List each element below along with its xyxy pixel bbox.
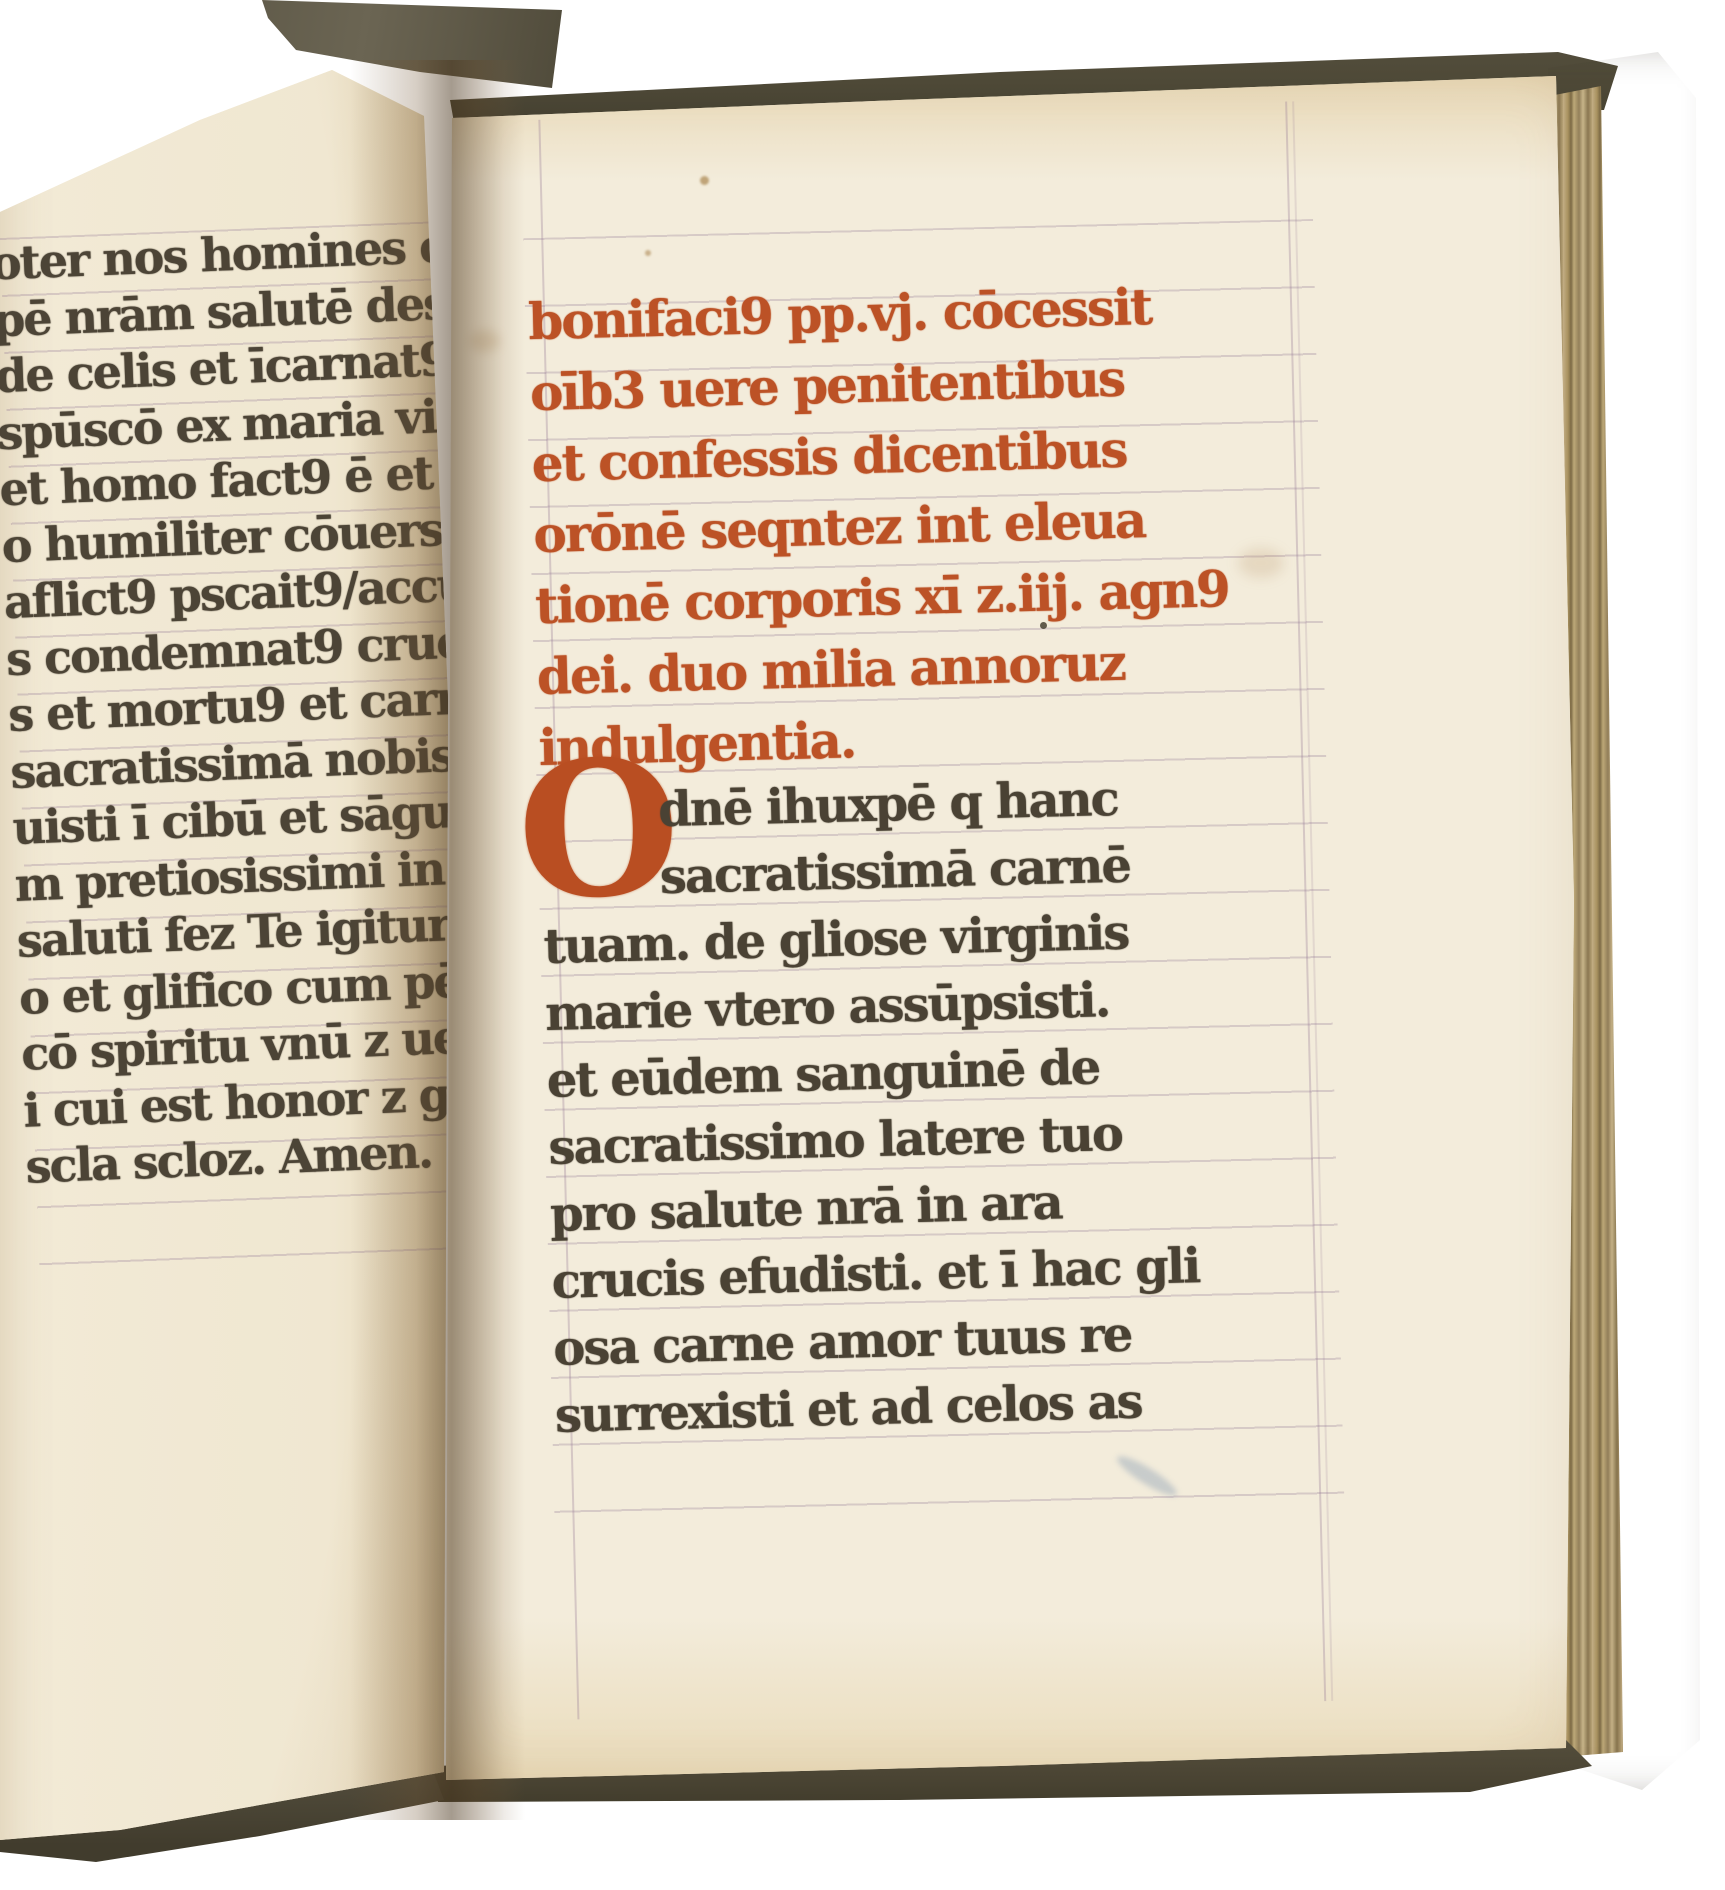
foxing-patch	[1238, 548, 1284, 578]
gutter-shadow	[350, 60, 525, 1820]
prayer-text-black: dnē ihuxpē q hanc sacratissimā carnē tua…	[540, 762, 1416, 1453]
right-page-content: bonifaci9 pp.vj. cōcessit oīb3 uere peni…	[449, 34, 1641, 1792]
ink-speck	[1040, 622, 1047, 629]
stain-spot	[645, 250, 651, 256]
manuscript-photo: oter nos homines et pē nrām salutē dese …	[0, 0, 1725, 1890]
rubric-text-red: bonifaci9 pp.vj. cōcessit oīb3 uere peni…	[528, 270, 1360, 787]
stain-spot	[700, 176, 709, 185]
